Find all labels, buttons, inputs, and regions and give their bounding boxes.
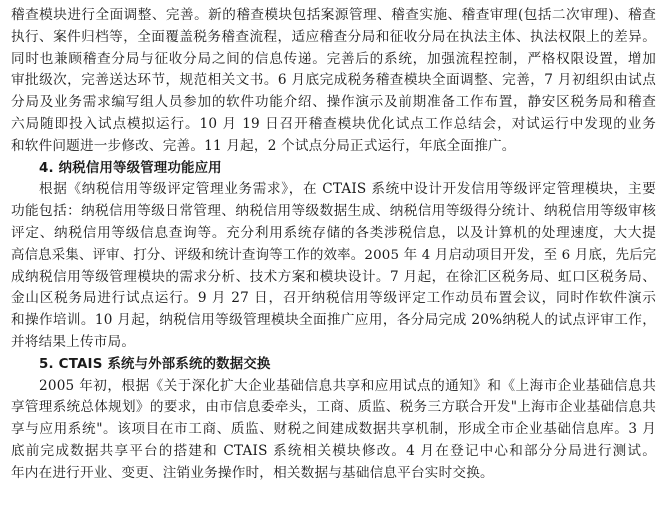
text-line: 年内在进行开业、变更、注销业务操作时，相关数据与基础信息平台实时交换。 — [11, 463, 656, 485]
text-line: 底前完成数据共享平台的搭建和 CTAIS 系统相关模块修改。4 月在登记中心和部… — [11, 441, 656, 463]
section-heading: 4. 纳税信用等级管理功能应用 — [11, 158, 656, 180]
section-data-exchange: 5. CTAIS 系统与外部系统的数据交换 2005 年初，根据《关于深化扩大企… — [11, 354, 656, 485]
text-line: 2005 年初，根据《关于深化扩大企业基础信息共享和应用试点的通知》和《上海市企… — [11, 376, 656, 398]
text-line: 和操作培训。10 月起，纳税信用等级管理模块全面推广应用，各分局完成 20%纳税… — [11, 310, 656, 332]
text-line: 功能包括：纳税信用等级日常管理、纳税信用等级数据生成、纳税信用等级得分统计、纳税… — [11, 201, 656, 223]
text-line: 成纳税信用等级管理模块的需求分析、技术方案和模块设计。7 月起，在徐汇区税务局、… — [11, 267, 656, 289]
text-line: 评定、纳税信用等级信息查询等。充分利用系统存储的各类涉税信息，以及计算机的处理速… — [11, 223, 656, 245]
text-line: 同时也兼顾稽查分局与征收分局之间的信息传递。完善后的系统，加强流程控制，严格权限… — [11, 49, 656, 71]
text-line: 执行、案件归档等，全面覆盖税务稽查流程，适应稽查分局和征收分局在执法主体、执法权… — [11, 27, 656, 49]
text-line: 根据《纳税信用等级评定管理业务需求》，在 CTAIS 系统中设计开发信用等级评定… — [11, 179, 656, 201]
text-line: 审批级次，完善送达环节，规范相关文书。6 月底完成税务稽查模块全面调整、完善，7… — [11, 70, 656, 92]
text-line: 并将结果上传市局。 — [11, 332, 656, 354]
section-credit-rating: 4. 纳税信用等级管理功能应用 根据《纳税信用等级评定管理业务需求》，在 CTA… — [11, 158, 656, 354]
text-line: 享管理系统总体规划》的要求，由市信息委牵头，工商、质监、税务三方联合开发"上海市… — [11, 397, 656, 419]
paragraph-inspection-module: 稽查模块进行全面调整、完善。新的稽查模块包括案源管理、稽查实施、稽查审理(包括二… — [11, 5, 656, 158]
text-line: 金山区税务局进行试点运行。9 月 27 日，召开纳税信用等级评定工作动员布置会议… — [11, 288, 656, 310]
section-heading: 5. CTAIS 系统与外部系统的数据交换 — [11, 354, 656, 376]
text-line: 享与应用系统"。该项目在市工商、质监、财税之间建成数据共享机制，形成全市企业基础… — [11, 419, 656, 441]
text-line: 分局及业务需求编写组人员参加的软件功能介绍、操作演示及前期准备工作布置，静安区税… — [11, 92, 656, 114]
text-line: 六局随即投入试点模拟运行。10 月 19 日召开稽查模块优化试点工作总结会，对试… — [11, 114, 656, 136]
text-line: 和软件问题进一步修改、完善。11 月起，2 个试点分局正式运行，年底全面推广。 — [11, 136, 656, 158]
text-line: 稽查模块进行全面调整、完善。新的稽查模块包括案源管理、稽查实施、稽查审理(包括二… — [11, 5, 656, 27]
document-page: 稽查模块进行全面调整、完善。新的稽查模块包括案源管理、稽查实施、稽查审理(包括二… — [11, 5, 656, 485]
text-line: 高信息采集、评审、打分、评级和统计查询等工作的效率。2005 年 4 月启动项目… — [11, 245, 656, 267]
